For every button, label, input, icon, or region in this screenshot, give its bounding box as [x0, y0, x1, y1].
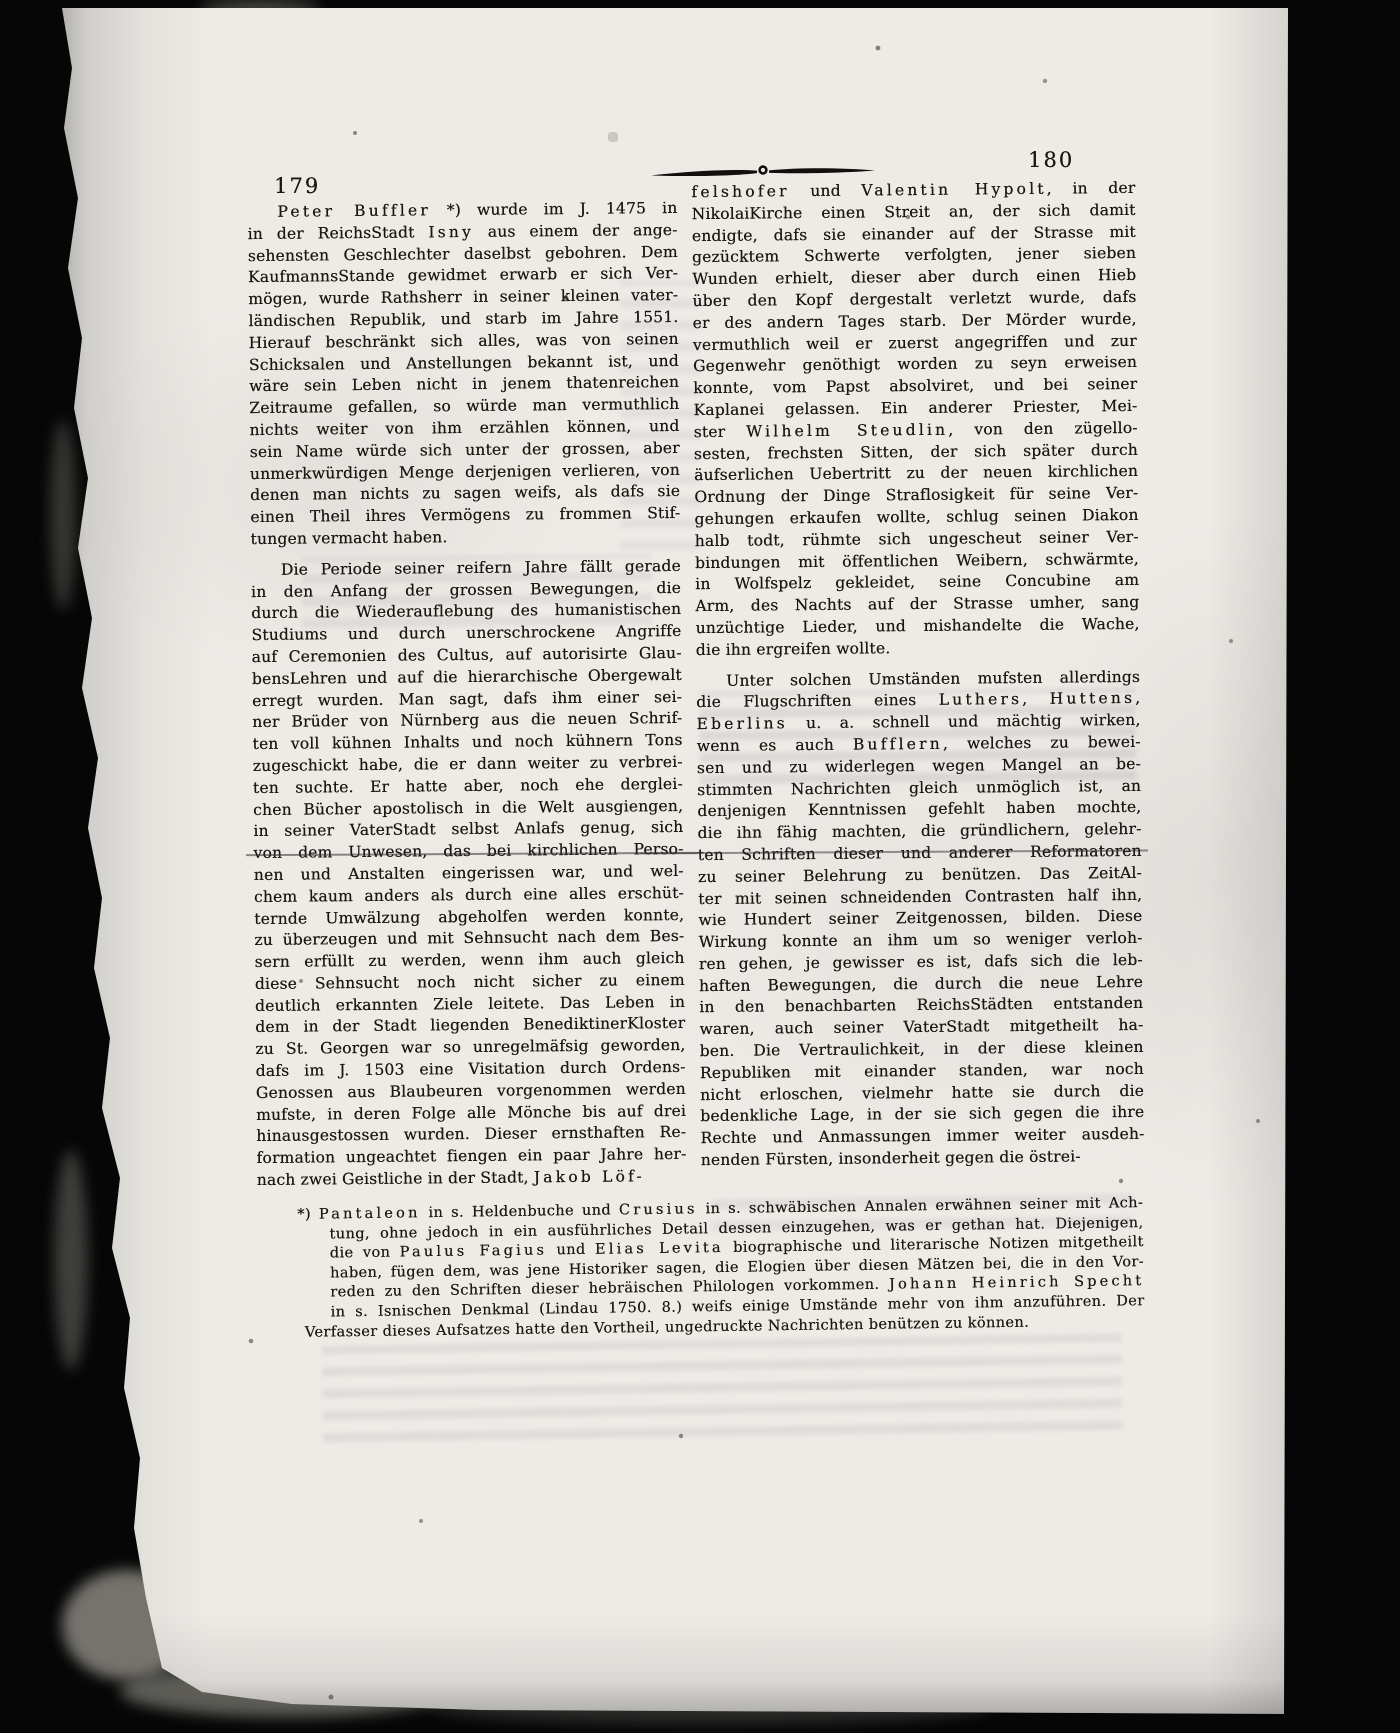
paragraph: felshofer und Valentin Hypolt, in derNik… [691, 178, 1140, 662]
spaced-name: Wilhelm Steudlin [746, 420, 948, 440]
paper-sheet: 179 180 Peter Buffler *) wurde im J. 147… [52, 8, 1288, 1714]
spaced-name: Isny [428, 223, 474, 241]
page-number-right: 180 [1028, 148, 1074, 172]
spaced-name: Jakob Löf- [534, 1167, 645, 1186]
spaced-name: Crusius [619, 1201, 698, 1218]
text-line: nach zwei Geistliche in der Stadt, Jakob… [257, 1166, 687, 1192]
ink-bleedthrough-smudge [321, 1334, 1122, 1443]
torn-edge-stain [54, 1150, 88, 1370]
swelled-rule-divider-icon [648, 161, 878, 181]
spaced-name: Pantaleon [319, 1205, 421, 1222]
text-line: tungen vermacht haben. [250, 525, 680, 551]
text-line: die ihn ergreifen wollte. [696, 636, 1140, 662]
torn-edge-stain [50, 420, 76, 610]
spaced-name: Paulus Fagius [399, 1243, 547, 1261]
text-line: nenden Fürsten, insonderheit gegen die ö… [701, 1146, 1145, 1172]
page-number-left: 179 [274, 174, 320, 198]
paragraph: Peter Buffler *) wurde im J. 1475 inin d… [247, 198, 680, 551]
ink-bleedthrough-smudge [700, 688, 1137, 785]
dust-specks [52, 8, 54, 10]
ink-bleedthrough-smudge [712, 1185, 1133, 1231]
scanned-book-page: 179 180 Peter Buffler *) wurde im J. 147… [0, 0, 1400, 1733]
spaced-name: Peter Buffler [277, 201, 431, 220]
ink-bleedthrough-smudge [620, 280, 700, 550]
text-line: unzüchtige Lieder, und mishandelte die W… [695, 614, 1139, 640]
ink-bleedthrough-smudge [302, 554, 653, 628]
spaced-name: felshofer [691, 182, 789, 201]
right-text-column: felshofer und Valentin Hypolt, in derNik… [691, 178, 1144, 1172]
text-line: einen Theil ihres Vermögens zu frommen S… [250, 503, 680, 529]
paragraph: Die Periode seiner reifern Jahre fällt g… [251, 556, 687, 1192]
spaced-name: Valentin Hypolt [861, 180, 1047, 200]
spaced-name: Elias Levita [595, 1240, 724, 1258]
spaced-name: Johann Heinrich Specht [889, 1273, 1144, 1293]
